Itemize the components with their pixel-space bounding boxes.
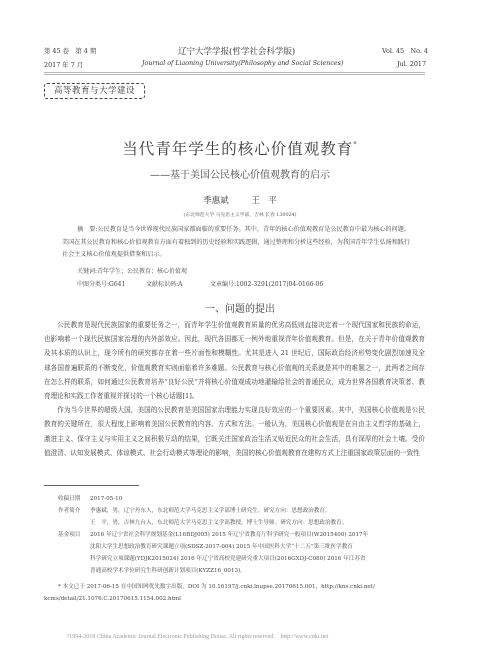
footnote-rule xyxy=(44,485,139,486)
body-paragraph: 公民教育是现代民族国家的重要任务之一，而青年学生价值观教育质量的优劣高低则直接决… xyxy=(44,318,425,403)
body-text: 公民教育是现代民族国家的重要任务之一，而青年学生价值观教育质量的优劣高低则直接决… xyxy=(44,318,425,460)
title-footnote-mark: * xyxy=(353,140,358,148)
keywords-text: :青年学生；公民教育；核心价值观 xyxy=(95,268,187,275)
date-en: Jul. 2017 xyxy=(397,60,426,68)
abstract: 摘 要:公民教育是当今世界现代民族国家都面临的重要任务。其中，青年的核心价值观教… xyxy=(62,224,410,262)
article-subtitle: ——基于美国公民核心价值观教育的启示 xyxy=(0,166,480,181)
header-rule-2 xyxy=(44,74,425,75)
authors: 季惠斌 王 平 xyxy=(0,194,480,206)
fund-project: 基金项目2016 年辽宁省社会科学规划基金(L16BDJ005) 2015 年辽… xyxy=(58,530,368,542)
author-bio-1: 作者简介季惠斌，男，辽宁丹东人，东北师范大学马克思主义学部博士研究生。研究方向：… xyxy=(58,506,331,518)
authors-label: 作者简介 xyxy=(58,506,90,518)
volume-issue-cn: 第 45 卷 第 4 期 xyxy=(44,46,96,55)
abstract-text: :公民教育是当今世界现代民族国家都面临的重要任务。其中，青年的核心价值观教育是公… xyxy=(62,226,410,258)
online-publication-url[interactable]: kcms/detail/21.1076.C.20170615.1154.002.… xyxy=(44,594,181,606)
header-rule xyxy=(44,72,425,73)
abstract-label: 摘 要 xyxy=(77,226,95,233)
clc-number: 中图分类号:G641 xyxy=(77,279,125,288)
fund-label: 基金项目 xyxy=(58,530,90,542)
volume-issue-en: Vol. 45 No. 4 xyxy=(382,46,428,55)
received-label: 收稿日期 xyxy=(58,494,90,506)
section-heading: 一、问题的提出 xyxy=(0,300,480,315)
keywords-label: 关键词 xyxy=(77,268,95,275)
date-cn: 2017 年 7 月 xyxy=(44,60,83,69)
body-paragraph: 作为当今世界的超级大国，美国的公民教育是美国国家治理能力实现良好效应的一个重要因… xyxy=(44,403,425,460)
copyright-footer: ?1994-2018 China Academic Journal Electr… xyxy=(0,631,395,640)
fund-line: 普通高校学术学位研究生科研创新计划项目(KYZZ16_0013)。 xyxy=(58,566,246,578)
article-title-text: 当代青年学生的核心价值观教育 xyxy=(122,140,353,158)
fund-line: 2016 年辽宁省社会科学规划基金(L16BDJ005) 2015 年辽宁省教育… xyxy=(90,532,368,538)
received-date: 收稿日期2017-05-10 xyxy=(58,494,122,506)
author-name: 王 平 xyxy=(251,196,277,206)
affiliation: (东北师范大学 马克思主义学部，吉林 长春 130024) xyxy=(0,211,480,218)
article-number: 文章编号:1002-3291(2017)04-0166-06 xyxy=(210,279,323,288)
author-bio-2: 王 平，男，吉林九台人，东北师范大学马克思主义学部教授，博士生导师。研究方向：思… xyxy=(58,518,347,530)
journal-title-cn: 辽宁大学学报(哲学社会科学版) xyxy=(178,45,295,57)
author-bio-text: 季惠斌，男，辽宁丹东人，东北师范大学马克思主义学部博士研究生。研究方向：思想政治… xyxy=(90,508,331,514)
document-code: 文献标识码:A xyxy=(146,279,182,288)
author-name: 季惠斌 xyxy=(203,196,229,206)
article-title: 当代青年学生的核心价值观教育* xyxy=(0,137,480,159)
keywords: 关键词:青年学生；公民教育；核心价值观 xyxy=(77,266,187,275)
section-label: 高等教育与大学建设 xyxy=(44,83,145,99)
received-value: 2017-05-10 xyxy=(90,496,122,502)
online-publication-note: * 本文已于 2017-06-15 在中国知网优先数字出版，DOI 为 10.1… xyxy=(58,582,375,594)
fund-line: 科学研究立项课题(YDJK2015024) 2016 年辽宁省高校党建研究重大项… xyxy=(58,554,366,566)
journal-title-en: Journal of Liaoning University(Philosoph… xyxy=(142,60,343,67)
fund-line: 沈阳大学生思想政治教育研究课题立项(SDSZ-2017-004) 2015 年中… xyxy=(58,542,353,554)
